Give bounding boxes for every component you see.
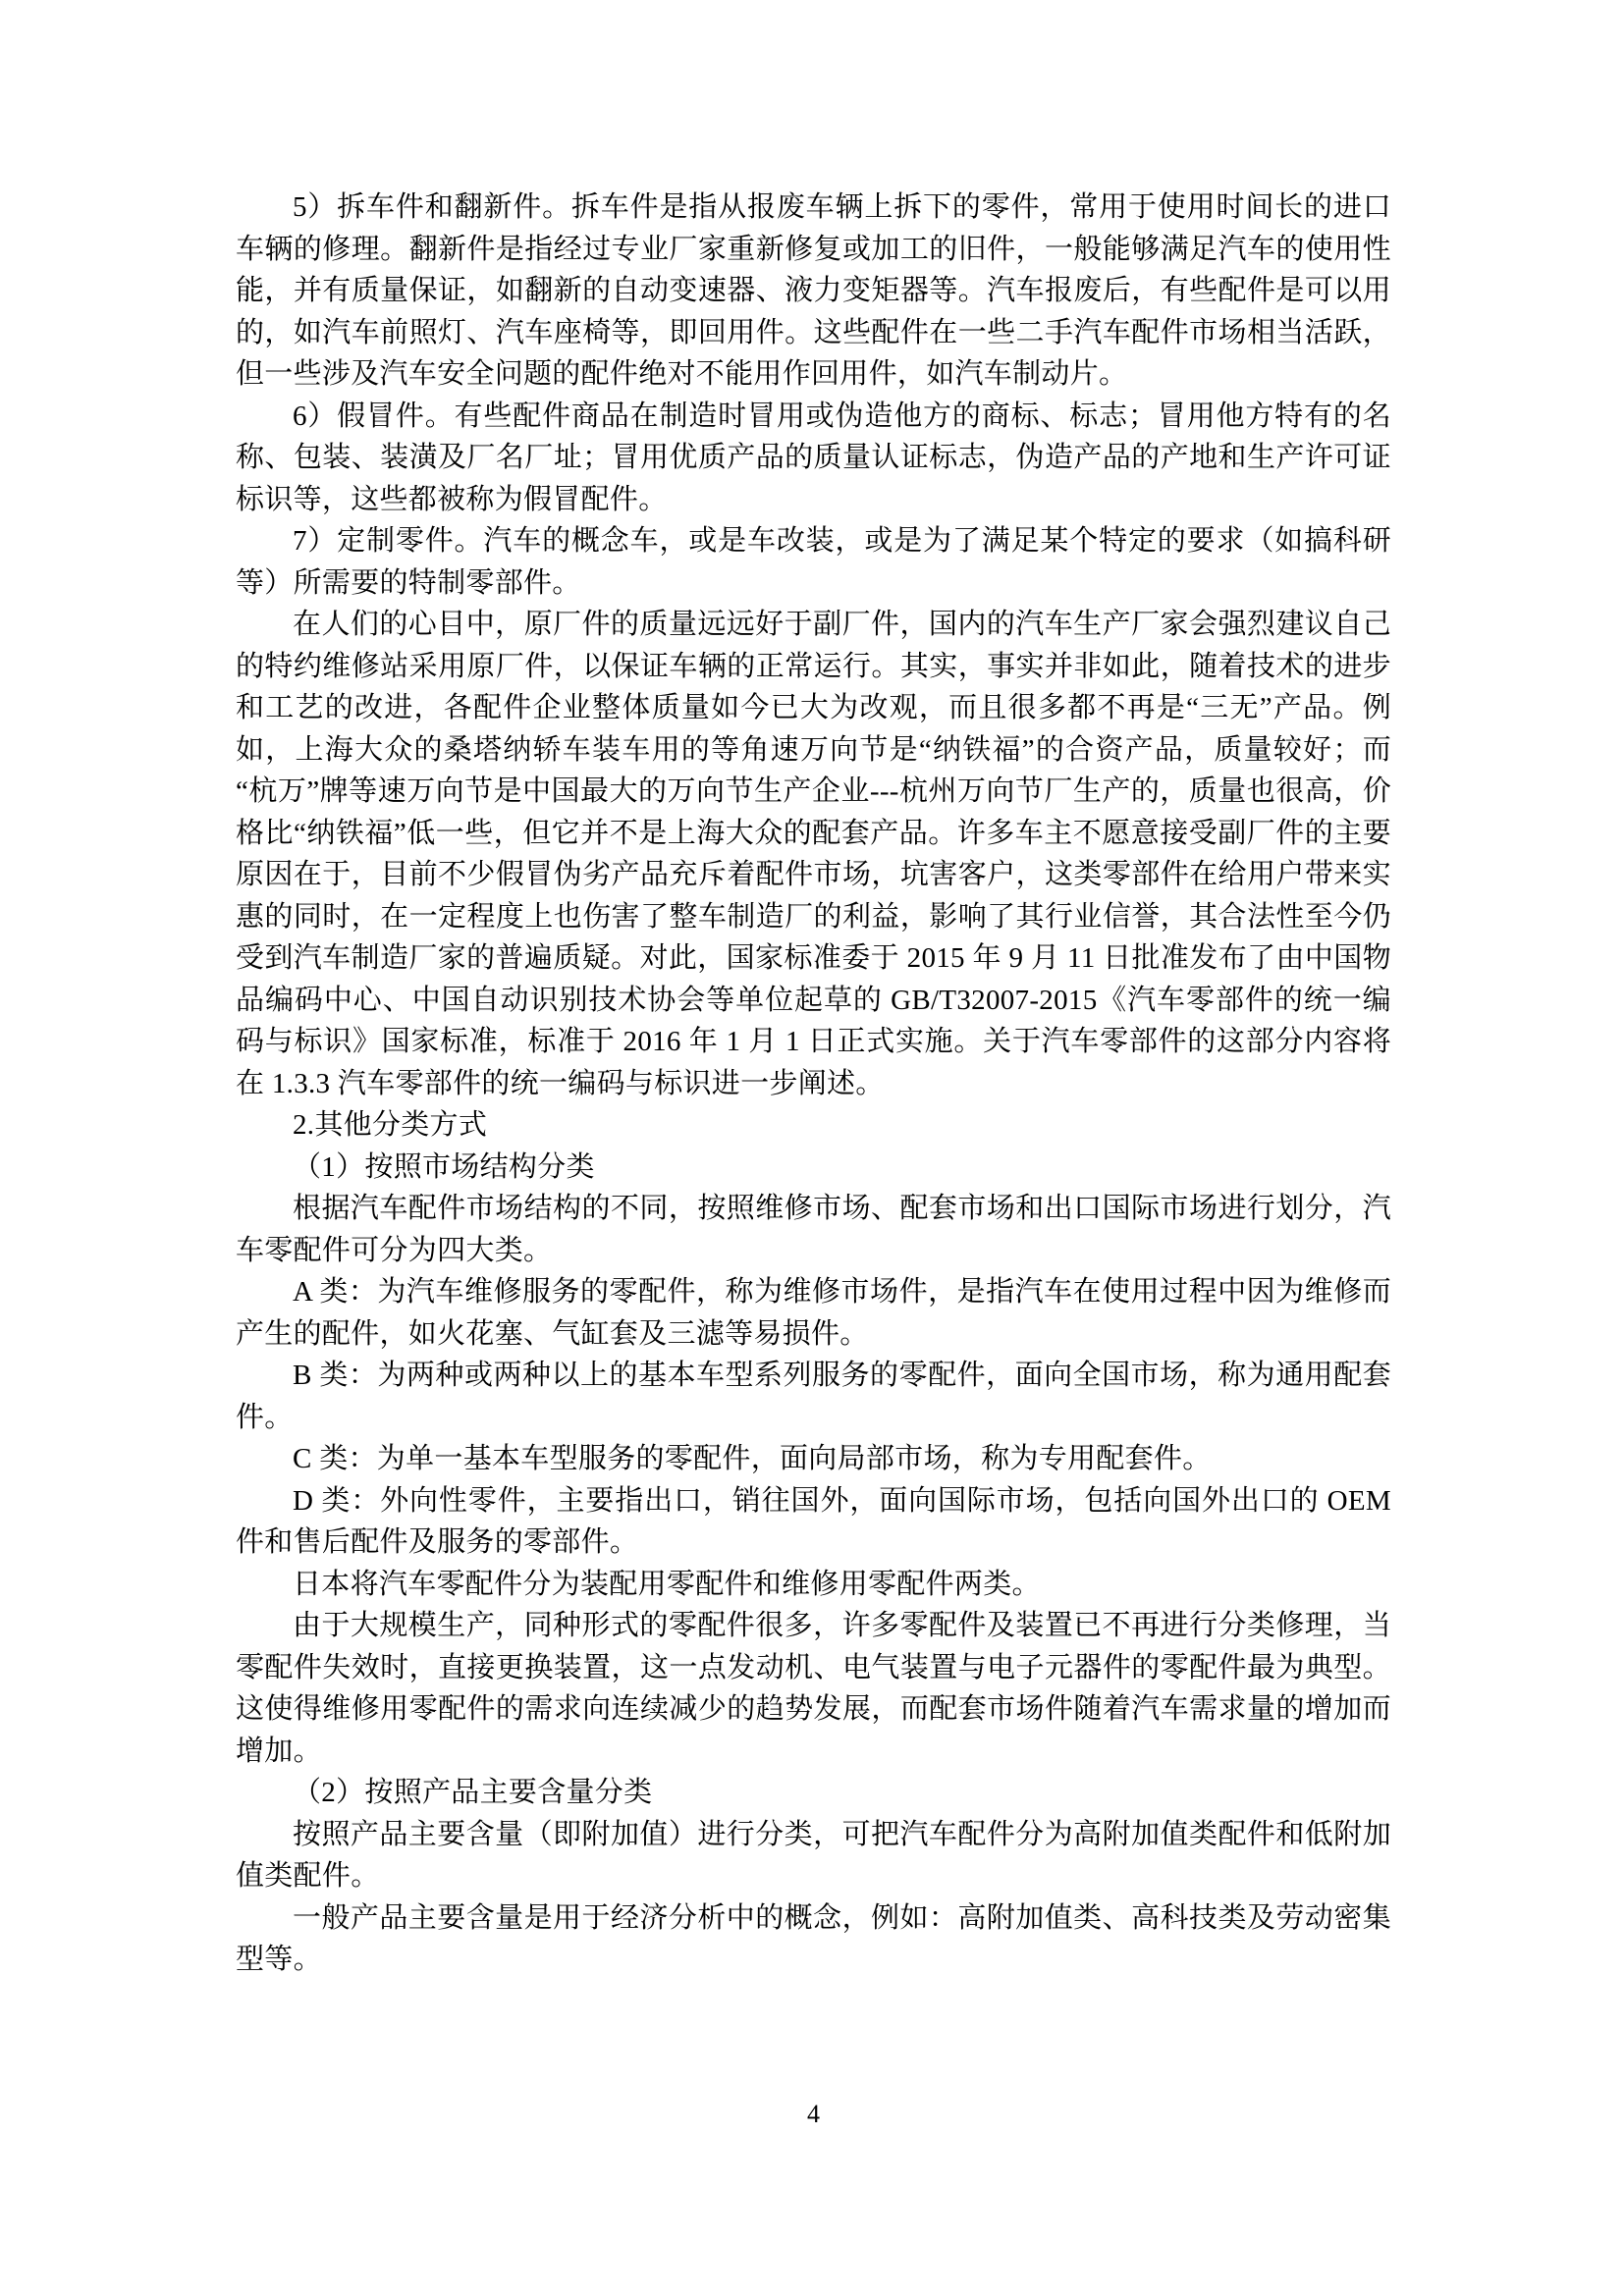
paragraph-scrap-and-refurbished-parts: 5）拆车件和翻新件。拆车件是指从报废车辆上拆下的零件，常用于使用时间长的进口车辆…	[236, 187, 1391, 396]
paragraph-class-d: D 类：外向性零件，主要指出口，销往国外，面向国际市场，包括向国外出口的 OEM…	[236, 1480, 1391, 1564]
paragraph-custom-parts: 7）定制零件。汽车的概念车，或是车改装，或是为了满足某个特定的要求（如搞科研等）…	[236, 520, 1391, 604]
heading-product-content-classification: （2）按照产品主要含量分类	[236, 1772, 1391, 1814]
paragraph-class-a: A 类：为汽车维修服务的零配件，称为维修市场件，是指汽车在使用过程中因为维修而产…	[236, 1271, 1391, 1355]
paragraph-economic-concept: 一般产品主要含量是用于经济分析中的概念，例如：高附加值类、高科技类及劳动密集型等…	[236, 1897, 1391, 1981]
paragraph-class-c: C 类：为单一基本车型服务的零配件，面向局部市场，称为专用配套件。	[236, 1438, 1391, 1480]
paragraph-added-value: 按照产品主要含量（即附加值）进行分类，可把汽车配件分为高附加值类配件和低附加值类…	[236, 1814, 1391, 1897]
document-page: 5）拆车件和翻新件。拆车件是指从报废车辆上拆下的零件，常用于使用时间长的进口车辆…	[0, 0, 1624, 2296]
page-number: 4	[807, 2100, 820, 2128]
paragraph-market-structure-intro: 根据汽车配件市场结构的不同，按照维修市场、配套市场和出口国际市场进行划分，汽车零…	[236, 1188, 1391, 1271]
paragraph-counterfeit-parts: 6）假冒件。有些配件商品在制造时冒用或伪造他方的商标、标志；冒用他方特有的名称、…	[236, 396, 1391, 521]
heading-other-classification: 2.其他分类方式	[236, 1104, 1391, 1147]
paragraph-oem-vs-aftermarket: 在人们的心目中，原厂件的质量远远好于副厂件，国内的汽车生产厂家会强烈建议自己的特…	[236, 604, 1391, 1104]
heading-market-structure-classification: （1）按照市场结构分类	[236, 1147, 1391, 1189]
body-text-block: 5）拆车件和翻新件。拆车件是指从报废车辆上拆下的零件，常用于使用时间长的进口车辆…	[236, 187, 1391, 1981]
paragraph-mass-production: 由于大规模生产，同种形式的零配件很多，许多零配件及装置已不再进行分类修理，当零配…	[236, 1605, 1391, 1772]
paragraph-class-b: B 类：为两种或两种以上的基本车型系列服务的零配件，面向全国市场，称为通用配套件…	[236, 1355, 1391, 1438]
page-footer: 4	[236, 2095, 1391, 2134]
paragraph-japan-classification: 日本将汽车零配件分为装配用零配件和维修用零配件两类。	[236, 1564, 1391, 1606]
